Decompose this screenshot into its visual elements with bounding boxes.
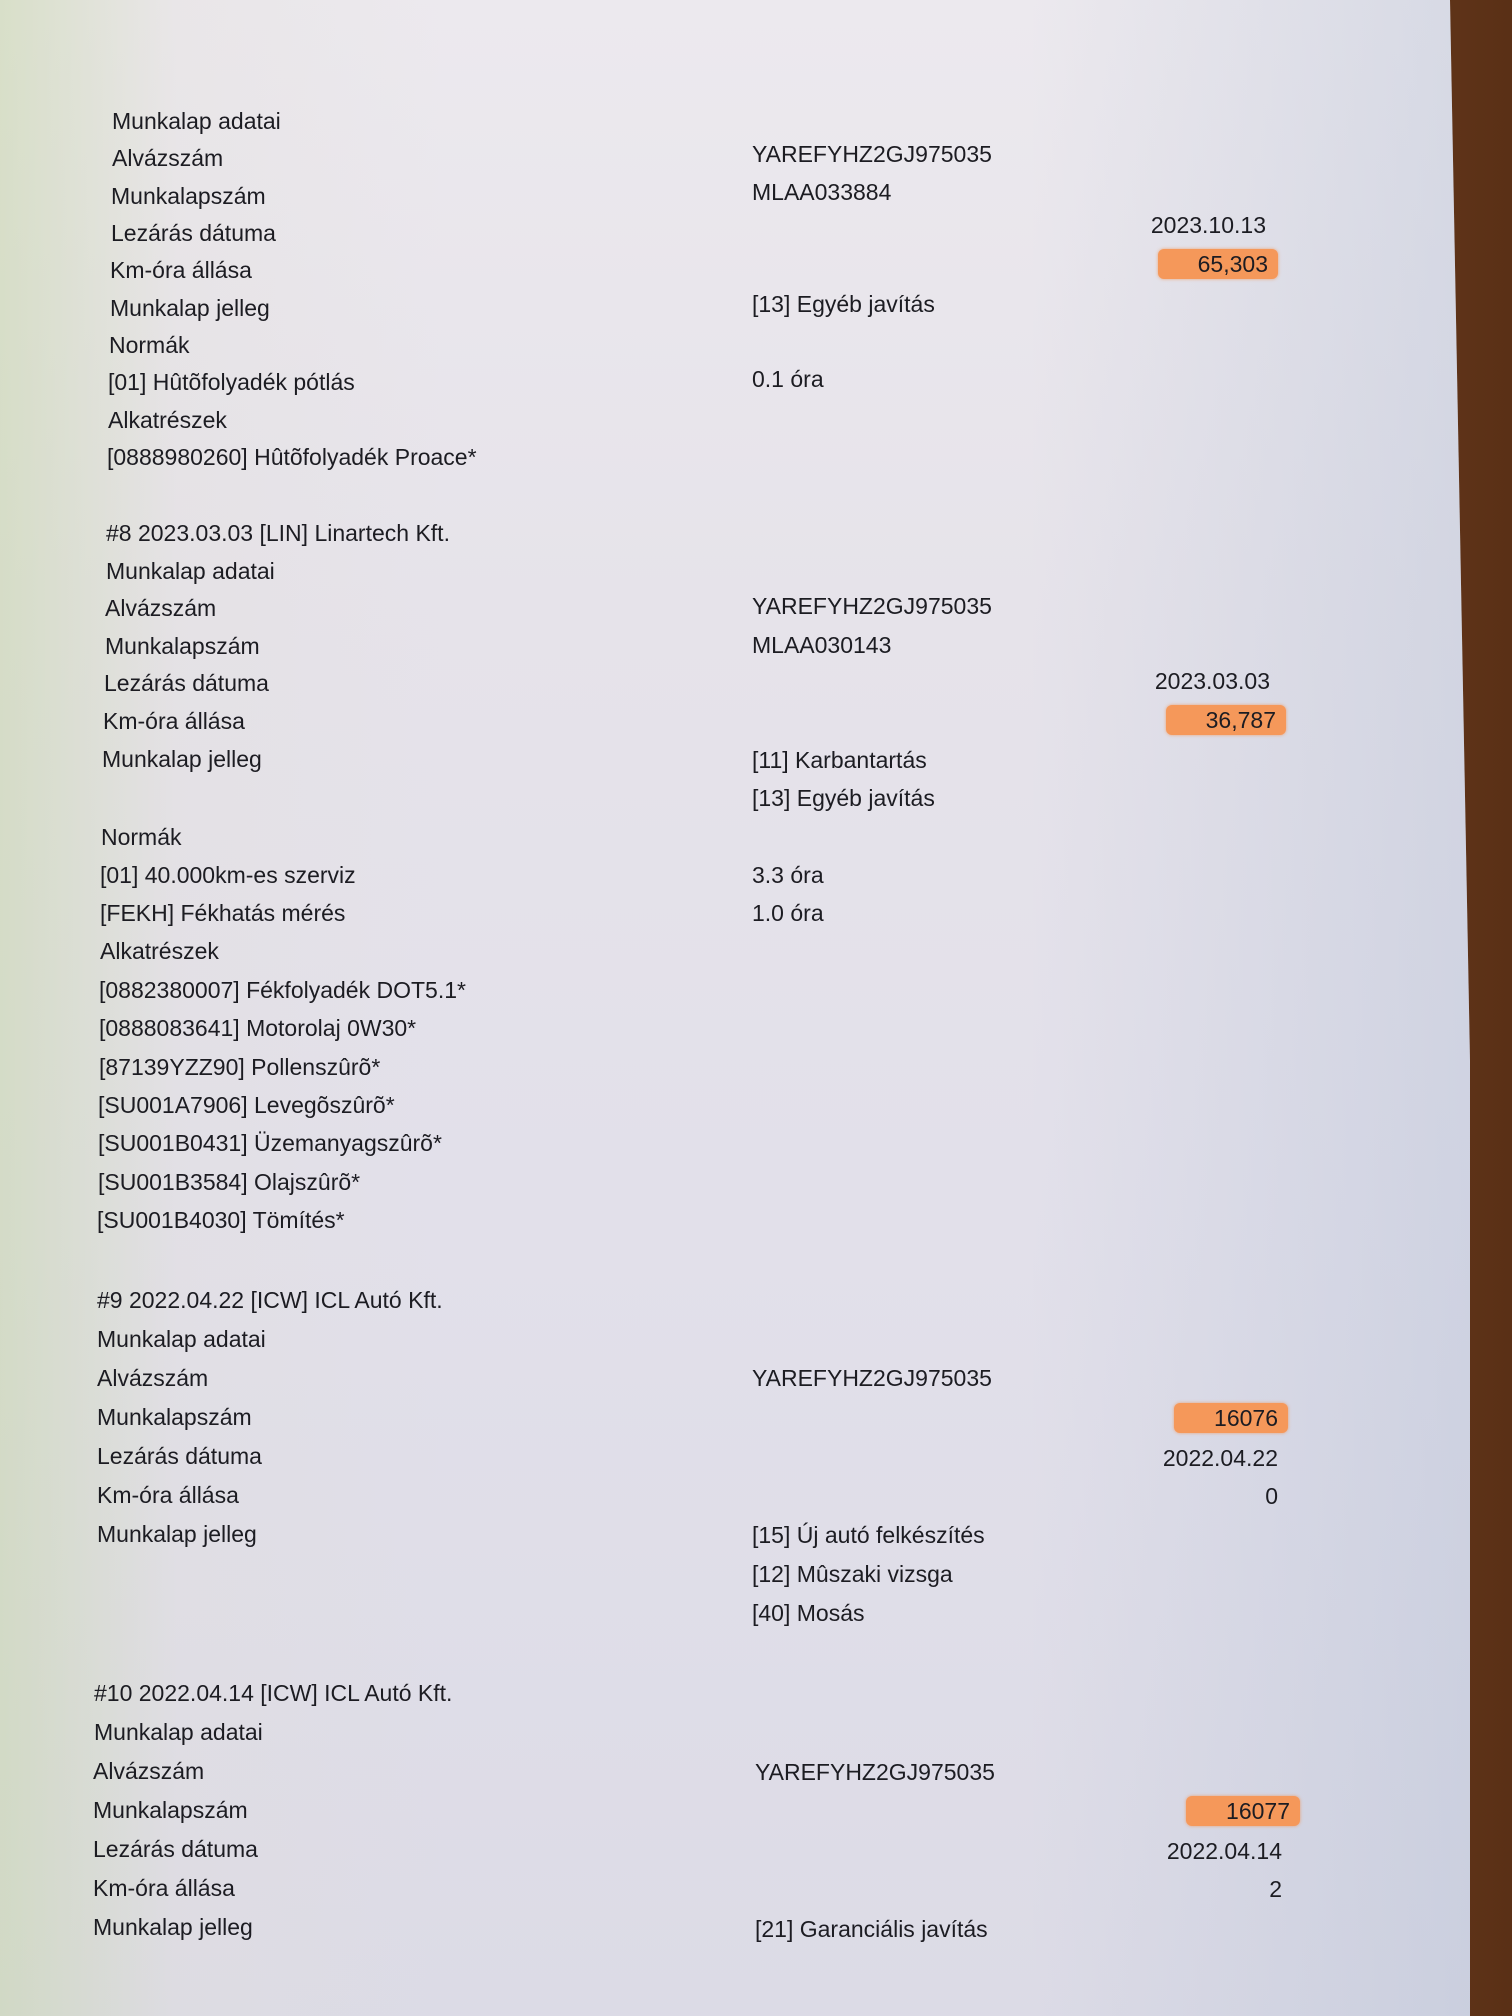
norm-item: [FEKH] Fékhatás mérés (100, 898, 345, 928)
vin-value: YAREFYHZ2GJ975035 (752, 139, 992, 169)
worksheet-number-label: Munkalapszám (97, 1402, 252, 1432)
vin-label: Alvázszám (97, 1363, 208, 1393)
norm-hours: 1.0 óra (752, 898, 824, 928)
closing-date-value: 2023.03.03 (970, 666, 1270, 696)
worksheet-number-value-highlighted: 16077 (1000, 1796, 1300, 1826)
closing-date-label: Lezárás dátuma (97, 1441, 262, 1471)
closing-date-label: Lezárás dátuma (104, 668, 269, 698)
worksheet-type-label: Munkalap jelleg (102, 744, 262, 774)
worksheet-type-label: Munkalap jelleg (97, 1519, 257, 1549)
odometer-value-highlighted: 36,787 (986, 705, 1286, 735)
part-item: [SU001B0431] Üzemanyagszûrõ* (98, 1128, 442, 1158)
closing-date-label: Lezárás dátuma (93, 1834, 258, 1864)
highlight-marker: 16077 (1186, 1796, 1300, 1826)
parts-label: Alkatrészek (100, 936, 219, 966)
worksheet-number-label: Munkalapszám (111, 181, 266, 211)
part-item: [SU001B3584] Olajszûrõ* (98, 1167, 360, 1197)
vin-value: YAREFYHZ2GJ975035 (752, 591, 992, 621)
worksheet-number-value: MLAA033884 (752, 177, 891, 207)
section-header: #10 2022.04.14 [ICW] ICL Autó Kft. (94, 1678, 452, 1708)
worksheet-type-label: Munkalap jelleg (93, 1912, 253, 1942)
highlight-marker: 16076 (1174, 1403, 1288, 1433)
worksheet-type-value: [13] Egyéb javítás (752, 783, 935, 813)
worksheet-type-value: [13] Egyéb javítás (752, 289, 935, 319)
vin-value: YAREFYHZ2GJ975035 (752, 1363, 992, 1393)
vin-value: YAREFYHZ2GJ975035 (755, 1757, 995, 1787)
part-item: [0888980260] Hûtõfolyadék Proace* (107, 442, 477, 472)
odometer-value: 0 (978, 1481, 1278, 1511)
highlight-marker: 65,303 (1158, 249, 1278, 279)
worksheet-number-label: Munkalapszám (105, 631, 260, 661)
highlight-marker: 36,787 (1166, 705, 1286, 735)
service-history-document: Munkalap adatai Alvázszám YAREFYHZ2GJ975… (0, 0, 1512, 2016)
part-item: [0888083641] Motorolaj 0W30* (99, 1013, 416, 1043)
odometer-label: Km-óra állása (93, 1873, 235, 1903)
norm-item: [01] Hûtõfolyadék pótlás (108, 367, 355, 397)
worksheet-type-value: [12] Mûszaki vizsga (752, 1559, 953, 1589)
vin-label: Alvázszám (93, 1756, 204, 1786)
worksheet-number-value: MLAA030143 (752, 630, 891, 660)
section-title: Munkalap adatai (112, 106, 281, 136)
part-item: [SU001B4030] Tömítés* (97, 1205, 345, 1235)
section-title: Munkalap adatai (94, 1717, 263, 1747)
norm-hours: 0.1 óra (752, 364, 824, 394)
odometer-value-highlighted: 65,303 (978, 249, 1278, 279)
worksheet-type-value: [21] Garanciális javítás (755, 1914, 988, 1944)
parts-label: Alkatrészek (108, 405, 227, 435)
vin-label: Alvázszám (105, 593, 216, 623)
norms-label: Normák (109, 330, 190, 360)
worksheet-type-label: Munkalap jelleg (110, 293, 270, 323)
worksheet-number-value-highlighted: 16076 (988, 1403, 1288, 1433)
closing-date-value: 2022.04.22 (978, 1443, 1278, 1473)
odometer-label: Km-óra állása (97, 1480, 239, 1510)
part-item: [87139YZZ90] Pollenszûrõ* (99, 1052, 380, 1082)
closing-date-value: 2023.10.13 (966, 210, 1266, 240)
part-item: [0882380007] Fékfolyadék DOT5.1* (99, 975, 466, 1005)
worksheet-type-value: [40] Mosás (752, 1598, 865, 1628)
closing-date-label: Lezárás dátuma (111, 218, 276, 248)
norm-hours: 3.3 óra (752, 860, 824, 890)
worksheet-number-label: Munkalapszám (93, 1795, 248, 1825)
odometer-label: Km-óra állása (103, 706, 245, 736)
closing-date-value: 2022.04.14 (982, 1836, 1282, 1866)
norms-label: Normák (101, 822, 182, 852)
odometer-value: 2 (982, 1874, 1282, 1904)
section-header: #9 2022.04.22 [ICW] ICL Autó Kft. (97, 1285, 443, 1315)
worksheet-type-value: [11] Karbantartás (752, 745, 927, 775)
worksheet-type-value: [15] Új autó felkészítés (752, 1520, 985, 1550)
vin-label: Alvázszám (112, 143, 223, 173)
odometer-label: Km-óra állása (110, 255, 252, 285)
norm-item: [01] 40.000km-es szerviz (100, 860, 356, 890)
section-title: Munkalap adatai (106, 556, 275, 586)
section-header: #8 2023.03.03 [LIN] Linartech Kft. (106, 518, 450, 548)
part-item: [SU001A7906] Levegõszûrõ* (98, 1090, 395, 1120)
section-title: Munkalap adatai (97, 1324, 266, 1354)
